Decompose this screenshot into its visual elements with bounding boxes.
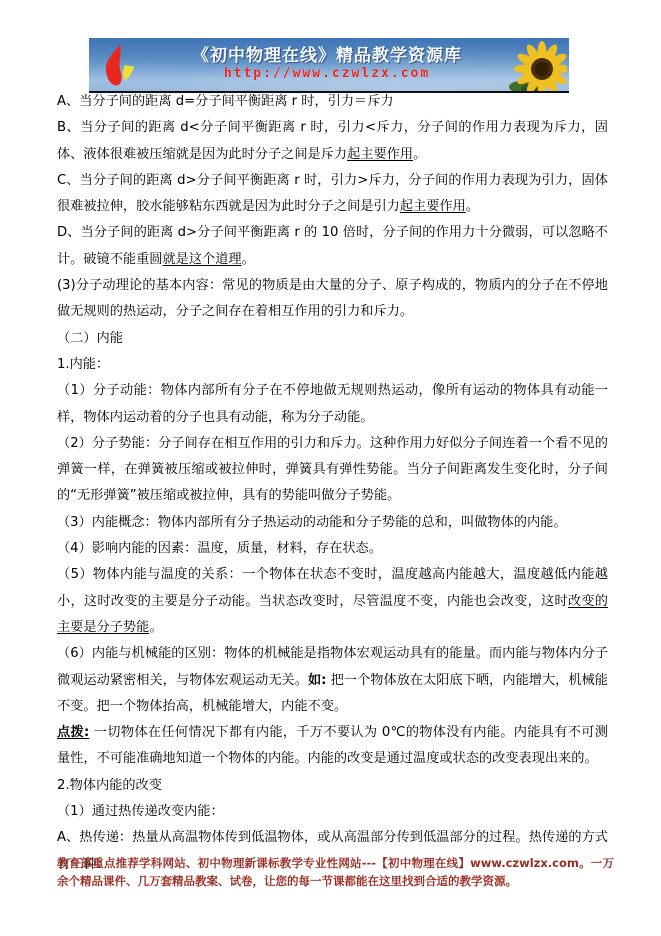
site-banner: 《初中物理在线》精品教学资源库 http://www.czwlzx.com bbox=[89, 38, 569, 93]
text-run: （3）内能概念：物体内部所有分子热运动的动能和分子势能的总和，叫做物体的内能。 bbox=[57, 515, 567, 530]
text-run: 。 bbox=[466, 199, 479, 214]
text-run: 1.内能： bbox=[57, 357, 109, 372]
paragraph: C、当分子间的距离 d>分子间平衡距离 r 时，引力>斥力，分子间的作用力表现为… bbox=[57, 168, 608, 221]
paragraph: A、当分子间的距离 d=分子间平衡距离 r 时，引力＝斥力 bbox=[57, 89, 608, 115]
text-run: B、当分子间的距离 d<分子间平衡距离 r 时，引力<斥力，分子间的作用力表现为… bbox=[57, 120, 608, 161]
banner-text-block: 《初中物理在线》精品教学资源库 http://www.czwlzx.com bbox=[147, 47, 507, 81]
paragraph: （二）内能 bbox=[57, 326, 608, 352]
text-run: （二）内能 bbox=[57, 331, 123, 346]
paragraph: （2）分子势能：分子间存在相互作用的引力和斥力。这种作用力好似分子间连着一个看不… bbox=[57, 431, 608, 510]
paragraph: （5）物体内能与温度的关系：一个物体在状态不变时，温度越高内能越大，温度越低内能… bbox=[57, 562, 608, 641]
text-run: （1）分子动能：物体内部所有分子在不停地做无规则热运动，像所有运动的物体具有动能… bbox=[57, 383, 608, 424]
paragraph: （6）内能与机械能的区别：物体的机械能是指物体宏观运动具有的能量。而内能与物体内… bbox=[57, 641, 608, 720]
paragraph: （4）影响内能的因素：温度，质量，材料，存在状态。 bbox=[57, 536, 608, 562]
paragraph: （1）通过热传递改变内能： bbox=[57, 799, 608, 825]
text-run: （1）通过热传递改变内能： bbox=[57, 804, 224, 819]
text-run: （2）分子势能：分子间存在相互作用的引力和斥力。这种作用力好似分子间连着一个看不… bbox=[57, 436, 608, 504]
paragraph: 1.内能： bbox=[57, 352, 608, 378]
text-run: 起主要作用 bbox=[400, 199, 466, 214]
text-run: 。 bbox=[413, 147, 426, 162]
paragraph: (3)分子动理论的基本内容：常见的物质是由大量的分子、原子构成的，物质内的分子在… bbox=[57, 273, 608, 326]
paragraph: D、当分子间的距离 d>分子间平衡距离 r 的 10 倍时，分子间的作用力十分微… bbox=[57, 220, 608, 273]
paragraph: （1）分子动能：物体内部所有分子在不停地做无规则热运动，像所有运动的物体具有动能… bbox=[57, 378, 608, 431]
text-run: 。 bbox=[149, 620, 162, 635]
text-run: D、当分子间的距离 d>分子间平衡距离 r 的 10 倍时，分子间的作用力十分微… bbox=[57, 225, 608, 266]
text-run: 。 bbox=[242, 252, 255, 267]
text-run: 如: bbox=[308, 673, 326, 688]
document-body: A、当分子间的距离 d=分子间平衡距离 r 时，引力＝斥力B、当分子间的距离 d… bbox=[57, 89, 608, 878]
text-run: 起主要作用 bbox=[347, 147, 413, 162]
sunflower-icon bbox=[507, 38, 569, 91]
text-run: （4）影响内能的因素：温度，质量，材料，存在状态。 bbox=[57, 541, 382, 556]
banner-url: http://www.czwlzx.com bbox=[224, 67, 430, 82]
paragraph: 2.物体内能的改变 bbox=[57, 773, 608, 799]
text-run: C、当分子间的距离 d>分子间平衡距离 r 时，引力>斥力，分子间的作用力表现为… bbox=[57, 173, 608, 214]
text-run: （5）物体内能与温度的关系：一个物体在状态不变时，温度越高内能越大，温度越低内能… bbox=[57, 567, 608, 608]
document-page: 《初中物理在线》精品教学资源库 http://www.czwlzx.com bbox=[0, 0, 661, 936]
text-run: 2.物体内能的改变 bbox=[57, 778, 162, 793]
text-run: 一切物体在任何情况下都有内能，千万不要认为 0℃的物体没有内能。内能具有不可测量… bbox=[57, 725, 608, 766]
text-run: A、当分子间的距离 d=分子间平衡距离 r 时，引力＝斥力 bbox=[57, 94, 394, 109]
paragraph: B、当分子间的距离 d<分子间平衡距离 r 时，引力<斥力，分子间的作用力表现为… bbox=[57, 115, 608, 168]
banner-title: 《初中物理在线》精品教学资源库 bbox=[192, 47, 462, 67]
text-run: 点拨: bbox=[57, 725, 89, 740]
flame-logo-icon bbox=[89, 38, 147, 91]
text-run: 就是这个道理 bbox=[163, 252, 242, 267]
paragraph: 点拨: 一切物体在任何情况下都有内能，千万不要认为 0℃的物体没有内能。内能具有… bbox=[57, 720, 608, 773]
text-run: (3)分子动理论的基本内容：常见的物质是由大量的分子、原子构成的，物质内的分子在… bbox=[57, 278, 608, 319]
paragraph: （3）内能概念：物体内部所有分子热运动的动能和分子势能的总和，叫做物体的内能。 bbox=[57, 510, 608, 536]
document-footer: 教育部重点推荐学科网站、初中物理新课标教学专业性网站---【初中物理在线】www… bbox=[57, 855, 614, 890]
